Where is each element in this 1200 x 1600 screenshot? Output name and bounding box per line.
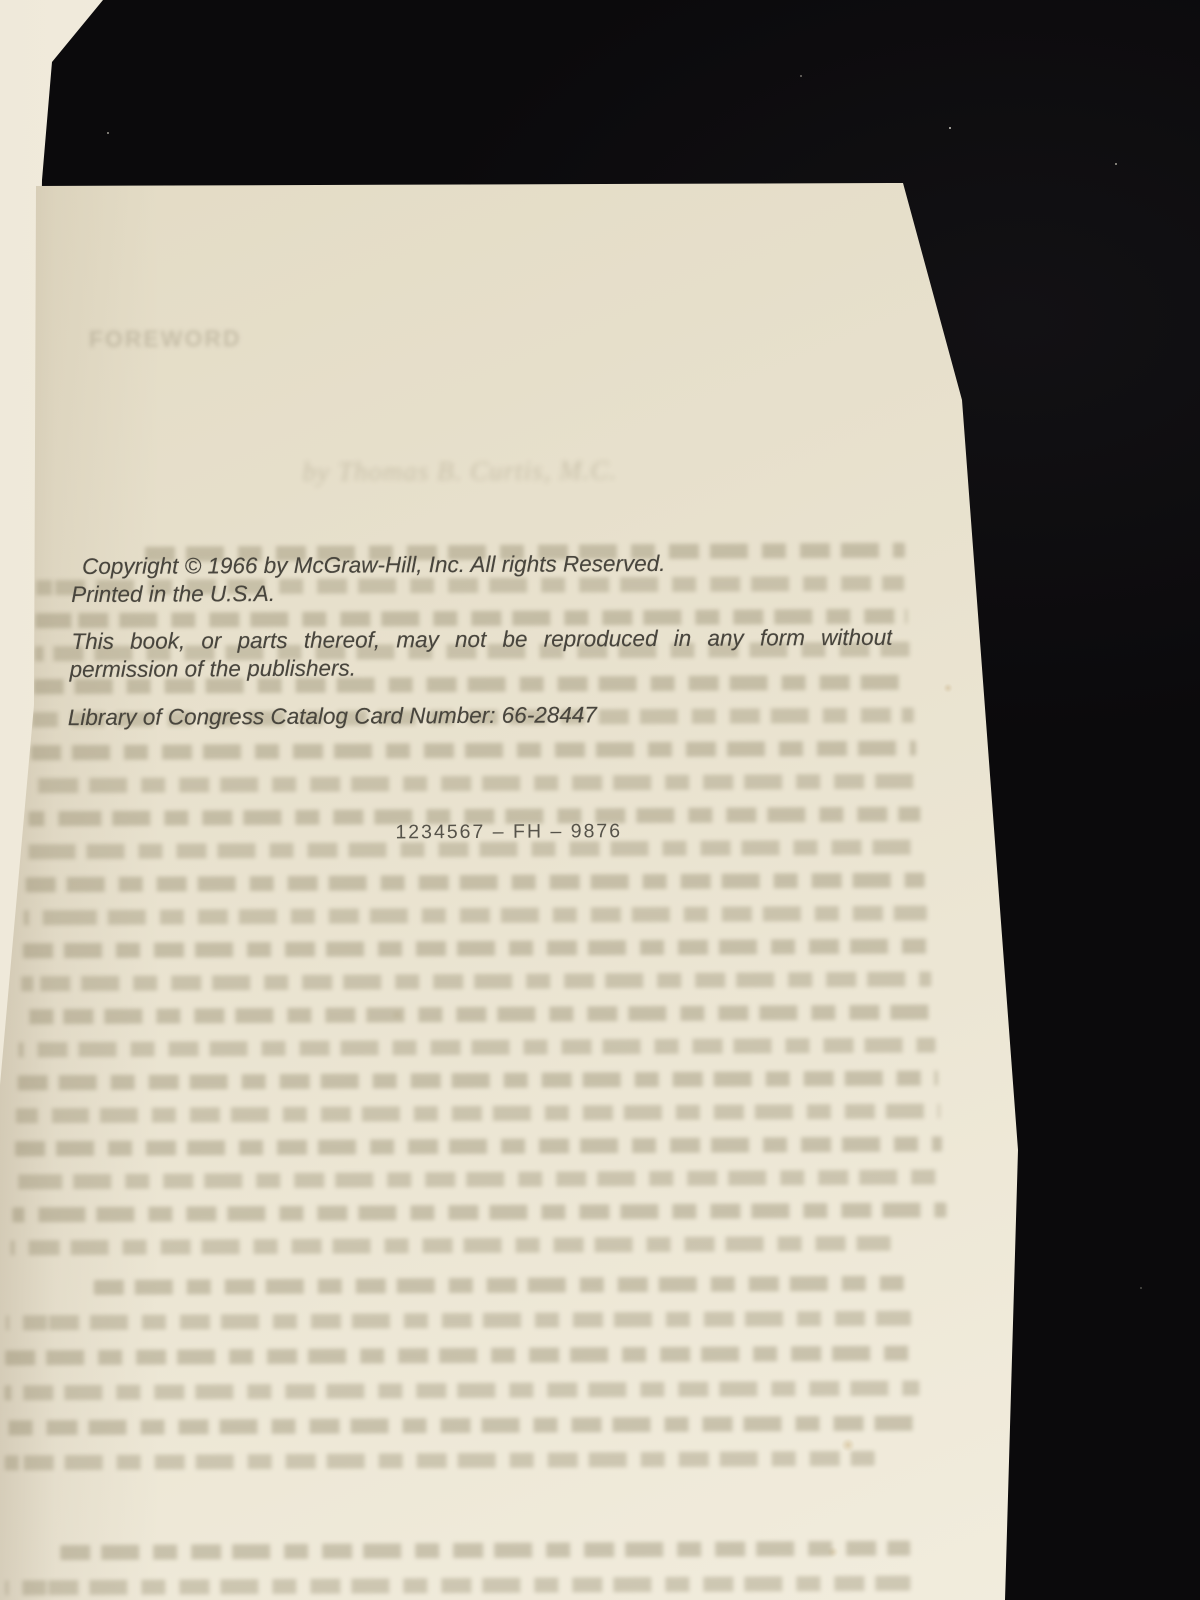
ghost-paragraph-3-line [60, 1541, 910, 1560]
reproduction-notice-line-1: This book, or parts thereof, may not be … [71, 625, 892, 655]
ghost-paragraph-1-line [13, 1169, 944, 1189]
ghost-paragraph-1-line [23, 939, 929, 959]
ghost-paragraph-1-line [16, 1104, 940, 1124]
page-content: FOREWORD by Thomas B. Curtis, M.C. Copyr… [0, 0, 1200, 1600]
ghost-paragraph-1-line [29, 774, 918, 794]
ghost-paragraph-1-line [31, 741, 916, 761]
reproduction-notice-line-2: permission of the publishers. [70, 656, 357, 683]
ghost-paragraph-2-line [6, 1311, 911, 1331]
ghost-paragraph-2-line [5, 1346, 915, 1366]
printers-key-line: 1234567 – FH – 9876 [395, 820, 622, 844]
ghost-paragraph-1-line [15, 1136, 942, 1156]
ghost-paragraph-2-line [4, 1381, 919, 1401]
printed-in-usa-line: Printed in the U.S.A. [71, 581, 275, 608]
ghost-paragraph-1-line [11, 1236, 891, 1256]
copyright-page: FOREWORD by Thomas B. Curtis, M.C. Copyr… [0, 0, 1200, 1600]
ghost-paragraph-1-line [20, 1005, 933, 1025]
ghost-paragraph-1-line [26, 873, 925, 893]
ghost-paragraph-1-line [21, 972, 931, 992]
ghost-paragraph-1-line [18, 1071, 938, 1091]
ghost-foreword-heading: FOREWORD [89, 325, 242, 353]
book-photo: FOREWORD by Thomas B. Curtis, M.C. Copyr… [0, 0, 1200, 1600]
ghost-paragraph-2-line [5, 1451, 875, 1471]
ghost-foreword-byline: by Thomas B. Curtis, M.C. [302, 455, 617, 488]
ghost-paragraph-3-line [5, 1576, 910, 1596]
lccn-line: Library of Congress Catalog Card Number:… [68, 702, 597, 731]
ghost-paragraph-2-line [94, 1276, 904, 1295]
ghost-paragraph-1-line [12, 1202, 946, 1222]
ghost-paragraph-2-line [5, 1416, 923, 1436]
ghost-paragraph-1-line [19, 1038, 936, 1058]
copyright-line: Copyright © 1966 by McGraw-Hill, Inc. Al… [82, 551, 666, 580]
ghost-paragraph-1-line [24, 906, 927, 926]
